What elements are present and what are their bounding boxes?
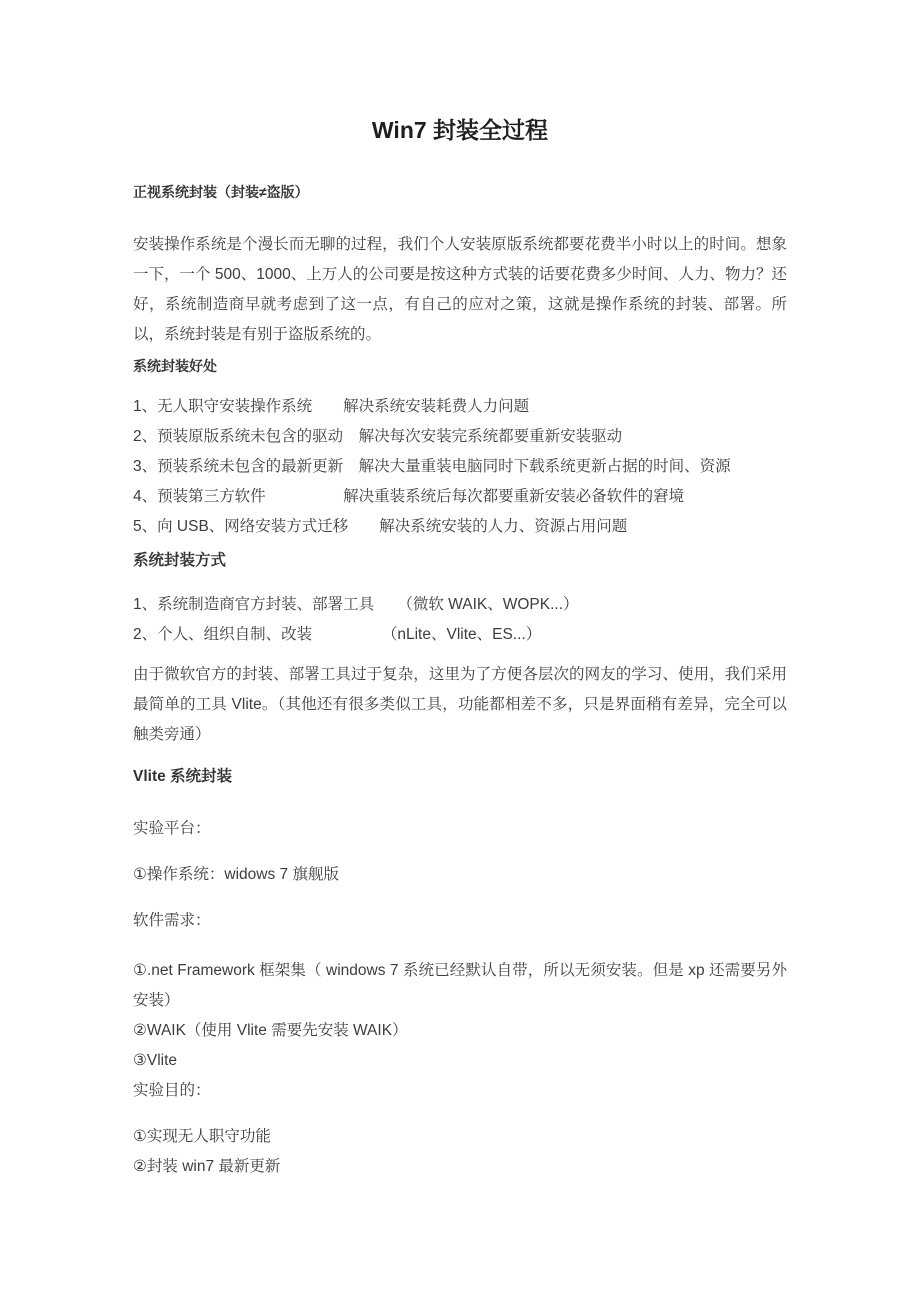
tool-note-paragraph: 由于微软官方的封装、部署工具过于复杂，这里为了方便各层次的网友的学习、使用，我们…: [133, 660, 787, 750]
software-list: ①.net Framework 框架集（ windows 7 系统已经默认自带，…: [133, 956, 787, 1076]
benefits-item-4: 4、预装第三方软件 解决重装系统后每次都要重新安装必备软件的窘境: [133, 482, 787, 512]
platform-label: 实验平台：: [133, 814, 787, 844]
purpose-item-updates: ②封装 win7 最新更新: [133, 1152, 787, 1182]
purpose-label: 实验目的：: [133, 1076, 787, 1106]
benefits-item-3: 3、预装系统未包含的最新更新 解决大量重装电脑同时下载系统更新占据的时间、资源: [133, 452, 787, 482]
benefits-item-5: 5、向 USB、网络安装方式迁移 解决系统安装的人力、资源占用问题: [133, 512, 787, 542]
document-page: Win7 封装全过程 正视系统封装（封装≠盗版） 安装操作系统是个漫长而无聊的过…: [0, 0, 920, 1302]
benefits-list: 1、无人职守安装操作系统 解决系统安装耗费人力问题 2、预装原版系统未包含的驱动…: [133, 392, 787, 542]
purpose-list: ①实现无人职守功能 ②封装 win7 最新更新: [133, 1122, 787, 1182]
doc-title: Win7 封装全过程: [133, 112, 787, 148]
software-item-vlite: ③Vlite: [133, 1046, 787, 1076]
software-item-netframework: ①.net Framework 框架集（ windows 7 系统已经默认自带，…: [133, 956, 787, 1016]
benefits-item-1: 1、无人职守安装操作系统 解决系统安装耗费人力问题: [133, 392, 787, 422]
software-item-waik: ②WAIK（使用 Vlite 需要先安装 WAIK）: [133, 1016, 787, 1046]
benefits-item-2: 2、预装原版系统未包含的驱动 解决每次安装完系统都要重新安装驱动: [133, 422, 787, 452]
purpose-item-unattended: ①实现无人职守功能: [133, 1122, 787, 1152]
intro-paragraph: 安装操作系统是个漫长而无聊的过程，我们个人安装原版系统都要花费半小时以上的时间。…: [133, 230, 787, 350]
methods-item-2: 2、个人、组织自制、改装 （nLite、Vlite、ES...）: [133, 620, 787, 650]
heading-benefits: 系统封装好处: [133, 356, 787, 376]
software-label: 软件需求：: [133, 906, 787, 936]
platform-item-os: ①操作系统：widows 7 旗舰版: [133, 860, 787, 890]
methods-item-1: 1、系统制造商官方封装、部署工具 （微软 WAIK、WOPK...）: [133, 590, 787, 620]
heading-face-packaging: 正视系统封装（封装≠盗版）: [133, 182, 787, 202]
heading-methods: 系统封装方式: [133, 550, 787, 572]
heading-vlite: Vlite 系统封装: [133, 766, 787, 788]
methods-list: 1、系统制造商官方封装、部署工具 （微软 WAIK、WOPK...） 2、个人、…: [133, 590, 787, 650]
